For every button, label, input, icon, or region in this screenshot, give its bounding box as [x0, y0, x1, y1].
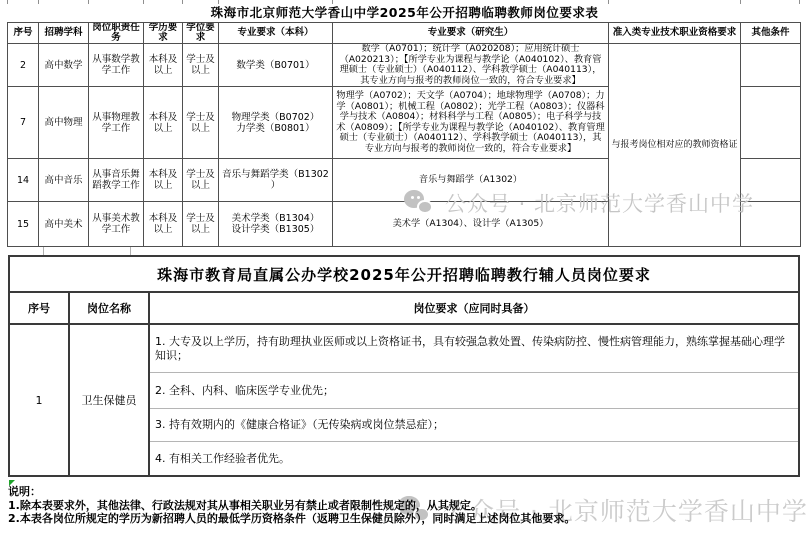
cell-seq: 2 [8, 44, 39, 87]
note-line: 1.除本表要求外，其他法律、行政法规对其从事相关职业另有禁止或者限制性规定的，从… [8, 499, 806, 513]
cell-other [741, 87, 801, 159]
cell-duty: 从事美术教学工作 [89, 202, 144, 247]
requirement-item: 2. 全科、内科、临床医学专业优先； [150, 372, 798, 408]
cell-subject: 高中美术 [39, 202, 89, 247]
cell-duty: 从事音乐舞蹈教学工作 [89, 159, 144, 202]
col-header-education: 学历要求 [144, 23, 183, 44]
cell-subject: 高中数学 [39, 44, 89, 87]
table1-header-row: 序号 招聘学科 岗位职责任务 学历要求 学位要求 专业要求（本科） 专业要求（研… [8, 23, 801, 44]
col-header-seq: 序号 [9, 292, 69, 324]
cell-subject: 高中物理 [39, 87, 89, 159]
cell-major-master: 数学（A0701）；统计学（A020208）；应用统计硕士（A020213）；【… [333, 44, 609, 87]
staff-post-table: 珠海市教育局直属公办学校2025年公开招聘临聘教行辅人员岗位要求 序号 岗位名称… [8, 255, 800, 477]
col-header-duty: 岗位职责任务 [89, 23, 144, 44]
notes-section: 说明： 1.除本表要求外，其他法律、行政法规对其从事相关职业另有禁止或者限制性规… [8, 485, 806, 526]
col-header-seq: 序号 [8, 23, 39, 44]
notes-label: 说明： [8, 485, 806, 499]
note-line: 2.本表各岗位所规定的学历为新招聘人员的最低学历资格条件（返聘卫生保健员除外），… [8, 512, 806, 526]
col-header-subject: 招聘学科 [39, 23, 89, 44]
cell-other [741, 159, 801, 202]
cell-degree: 学士及以上 [183, 159, 219, 202]
requirement-item: 3. 持有效期内的《健康合格证》（无传染病或岗位禁忌症）； [150, 408, 798, 441]
cell-major-master: 物理学（A0702）；天文学（A0704）；地球物理学（A0708）；力学（A0… [333, 87, 609, 159]
cell-degree: 学士及以上 [183, 87, 219, 159]
table-row: 1 卫生保健员 1. 大专及以上学历，持有助理执业医师或以上资格证书，具有较强急… [9, 324, 799, 476]
cell-degree: 学士及以上 [183, 202, 219, 247]
col-header-post: 岗位名称 [69, 292, 149, 324]
table2-title: 珠海市教育局直属公办学校2025年公开招聘临聘教行辅人员岗位要求 [9, 256, 799, 292]
cell-major-bachelor: 数学类（B0701） [219, 44, 333, 87]
cell-major-bachelor: 音乐与舞蹈学类（B1302 ） [219, 159, 333, 202]
teacher-post-table: 序号 招聘学科 岗位职责任务 学历要求 学位要求 专业要求（本科） 专业要求（研… [7, 22, 801, 247]
cell-major-master: 美术学（A1304）、设计学（A1305） [333, 202, 609, 247]
cell-seq: 14 [8, 159, 39, 202]
col-header-qualification: 准入类专业技术职业资格要求 [609, 23, 741, 44]
col-header-degree: 学位要求 [183, 23, 219, 44]
col-header-major-bachelor: 专业要求（本科） [219, 23, 333, 44]
table-row: 2 高中数学 从事数学教学工作 本科及以上 学士及以上 数学类（B0701） 数… [8, 44, 801, 87]
col-header-other: 其他条件 [741, 23, 801, 44]
cell-education: 本科及以上 [144, 44, 183, 87]
cell-other [741, 202, 801, 247]
cell-requirements: 1. 大专及以上学历，持有助理执业医师或以上资格证书，具有较强急救处置、传染病防… [149, 324, 799, 476]
cell-major-master: 音乐与舞蹈学（A1302） [333, 159, 609, 202]
cell-duty: 从事物理教学工作 [89, 87, 144, 159]
cell-major-bachelor: 美术学类（B1304） 设计学类（B1305） [219, 202, 333, 247]
cell-seq: 7 [8, 87, 39, 159]
cell-other [741, 44, 801, 87]
cell-subject: 高中音乐 [39, 159, 89, 202]
requirement-item: 1. 大专及以上学历，持有助理执业医师或以上资格证书，具有较强急救处置、传染病防… [150, 325, 798, 372]
cell-post: 卫生保健员 [69, 324, 149, 476]
requirement-item: 4. 有相关工作经验者优先。 [150, 441, 798, 475]
table1-title: 珠海市北京师范大学香山中学2025年公开招聘临聘教师岗位要求表 [0, 3, 809, 21]
cell-seq: 15 [8, 202, 39, 247]
cell-seq: 1 [9, 324, 69, 476]
cell-education: 本科及以上 [144, 202, 183, 247]
table2-header-row: 序号 岗位名称 岗位要求（应同时具备） [9, 292, 799, 324]
col-header-major-master: 专业要求（研究生） [333, 23, 609, 44]
cell-education: 本科及以上 [144, 87, 183, 159]
cell-duty: 从事数学教学工作 [89, 44, 144, 87]
cell-degree: 学士及以上 [183, 44, 219, 87]
cell-qualification-merged: 与报考岗位相对应的教师资格证 [609, 44, 741, 247]
cell-education: 本科及以上 [144, 159, 183, 202]
col-header-requirements: 岗位要求（应同时具备） [149, 292, 799, 324]
cell-major-bachelor: 物理学类（B0702） 力学类（B0801） [219, 87, 333, 159]
